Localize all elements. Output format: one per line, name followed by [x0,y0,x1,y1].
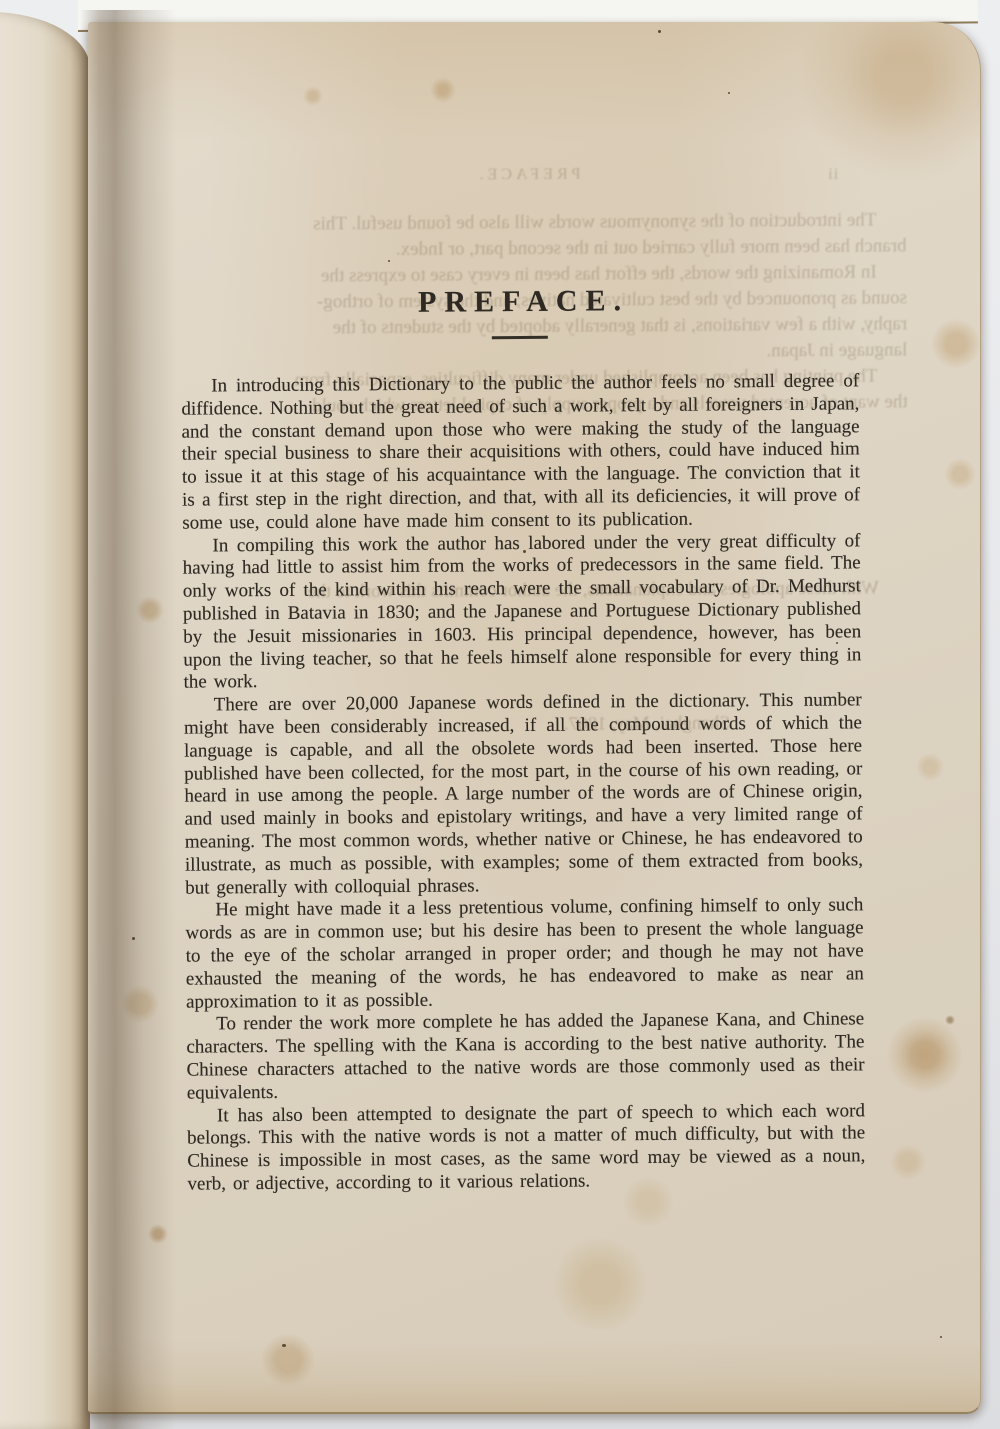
ink-speck [132,937,135,940]
preface-paragraph-2: In compiling this work the author has la… [182,530,861,695]
book-photo: ii PREFACE. The introduction of the syno… [0,0,1000,1429]
title-divider [492,336,548,339]
ink-speck [388,260,390,262]
preface-paragraph-3: There are over 20,000 Japanese words def… [184,689,864,899]
page-title: PREFACE. [180,281,858,322]
preface-paragraph-5: To render the work more complete he has … [186,1009,865,1106]
book-page: ii PREFACE. The introduction of the syno… [88,22,981,1414]
ink-speck [282,1344,286,1347]
ink-speck [658,30,661,33]
ink-speck [940,1336,942,1338]
ghost-running-title: PREFACE. [150,159,906,190]
ghost-running-head: ii PREFACE. [150,159,906,186]
previous-page-edge [0,12,90,1429]
page-text-block: PREFACE. In introducing this Dictionary … [180,281,865,1196]
ghost-folio: ii [827,162,838,188]
preface-paragraph-1: In introducing this Dictionary to the pu… [181,370,860,535]
preface-paragraph-6: It has also been attempted to designate … [187,1100,866,1197]
preface-paragraph-4: He might have made it a less pretentious… [185,895,864,1014]
ink-speck [728,92,730,94]
